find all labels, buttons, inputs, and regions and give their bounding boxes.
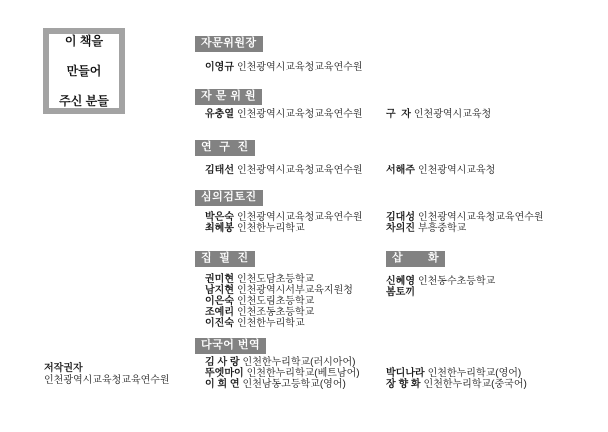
person-name: 박은숙: [205, 212, 234, 223]
copyright-org: 인천광역시교육청교육연수원: [44, 375, 170, 387]
copyright-block: 저작권자 인천광역시교육청교육연수원: [44, 363, 170, 387]
credit-entry: 서해주인천광역시교육청: [386, 165, 495, 176]
credit-entry: 이은숙인천도림초등학교: [205, 296, 353, 307]
title-box-text: 이 책을 만들어 주신 분들: [59, 34, 109, 109]
person-org: 인천조동초등학교: [237, 307, 314, 318]
illustration-entries: 신혜영인천동수초등학교 봄토끼: [386, 276, 495, 298]
credit-entry: 유충열인천광역시교육청교육연수원: [205, 109, 363, 120]
research-team-right: 서해주인천광역시교육청: [386, 165, 495, 176]
credit-entry: 이영규인천광역시교육청교육연수원: [205, 62, 363, 73]
credit-entry: 김태선인천광역시교육청교육연수원: [205, 165, 363, 176]
person-name: 신혜영: [386, 276, 415, 287]
title-line-3: 주신 분들: [59, 94, 109, 108]
section-badge-writing-team: 집 필 진: [195, 251, 255, 267]
person-org: 인천한누리학교(중국어): [424, 379, 527, 390]
advisory-chair-entries: 이영규인천광역시교육청교육연수원: [205, 62, 363, 73]
person-org: 인천동수초등학교: [418, 276, 495, 287]
credit-entry: 조예리인천조동초등학교: [205, 307, 353, 318]
research-team-left: 김태선인천광역시교육청교육연수원: [205, 165, 363, 176]
person-org: 인천광역시교육청교육연수원: [237, 62, 363, 73]
person-org: 부흥중학교: [418, 223, 466, 234]
credit-entry: 봄토끼: [386, 287, 495, 298]
translation-left: 김 사 랑인천한누리학교(러시아어) 뚜엣마이인천한누리학교(베트남어) 이 희…: [205, 357, 360, 390]
credit-entry: 권미현인천도담초등학교: [205, 274, 353, 285]
credit-entry: 남지현인천광역시서부교육지원청: [205, 285, 353, 296]
section-badge-illustration: 삽 화: [386, 251, 445, 267]
person-org: 인천도림초등학교: [237, 296, 314, 307]
credit-entry: 이 희 연인천남동고등학교(영어): [205, 379, 360, 390]
review-team-left: 박은숙인천광역시교육청교육연수원 최혜봉인천한누리학교: [205, 212, 363, 234]
review-team-right: 김대성인천광역시교육청교육연수원 차의진부흥중학교: [386, 212, 544, 234]
person-org: 인천한누리학교: [237, 223, 305, 234]
person-org: 인천한누리학교(러시아어): [243, 357, 356, 368]
person-name: 권미현: [205, 274, 234, 285]
person-org: 인천한누리학교: [237, 318, 305, 329]
person-name: 이 희 연: [205, 379, 240, 390]
title-box: 이 책을 만들어 주신 분들: [43, 28, 125, 114]
writing-team-entries: 권미현인천도담초등학교 남지현인천광역시서부교육지원청 이은숙인천도림초등학교 …: [205, 274, 353, 329]
title-line-2: 만들어: [67, 64, 102, 78]
credit-entry: 김대성인천광역시교육청교육연수원: [386, 212, 544, 223]
section-badge-research-team: 연 구 진: [195, 140, 255, 156]
person-name: 차의진: [386, 223, 415, 234]
person-name: 김 사 랑: [205, 357, 240, 368]
person-org: 인천광역시교육청교육연수원: [237, 109, 363, 120]
person-name: 박디나라: [386, 368, 425, 379]
person-name: 서해주: [386, 165, 415, 176]
person-org: 인천광역시교육청: [414, 109, 491, 120]
credit-entry: 뚜엣마이인천한누리학교(베트남어): [205, 368, 360, 379]
person-org: 인천광역시교육청교육연수원: [237, 165, 363, 176]
credit-entry: 차의진부흥중학교: [386, 223, 544, 234]
person-name: 김대성: [386, 212, 415, 223]
person-name: 김태선: [205, 165, 234, 176]
credit-entry: 신혜영인천동수초등학교: [386, 276, 495, 287]
person-name: 남지현: [205, 285, 234, 296]
advisory-members-right: 구 자인천광역시교육청: [386, 109, 491, 120]
person-org: 인천남동고등학교(영어): [243, 379, 346, 390]
title-line-1: 이 책을: [65, 34, 103, 48]
credit-entry: 박디나라인천한누리학교(영어): [386, 368, 527, 379]
credits-page: 이 책을 만들어 주신 분들 자문위원장 이영규인천광역시교육청교육연수원 자 …: [0, 0, 608, 432]
credit-entry: 이진숙인천한누리학교: [205, 318, 353, 329]
advisory-members-left: 유충열인천광역시교육청교육연수원: [205, 109, 363, 120]
person-org: 인천광역시교육청교육연수원: [237, 212, 363, 223]
person-name: 뚜엣마이: [205, 368, 244, 379]
person-org: 인천광역시교육청: [418, 165, 495, 176]
person-org: 인천광역시교육청교육연수원: [418, 212, 544, 223]
person-name: 최혜봉: [205, 223, 234, 234]
section-badge-advisory-members: 자 문 위 원: [195, 89, 262, 105]
credit-entry: 구 자인천광역시교육청: [386, 109, 491, 120]
credit-entry: 김 사 랑인천한누리학교(러시아어): [205, 357, 360, 368]
credit-entry: 최혜봉인천한누리학교: [205, 223, 363, 234]
person-name: 장 향 화: [386, 379, 421, 390]
person-name: 봄토끼: [386, 287, 415, 298]
person-name: 구 자: [386, 109, 411, 120]
person-name: 이영규: [205, 62, 234, 73]
person-org: 인천한누리학교(영어): [428, 368, 522, 379]
credit-entry: 장 향 화인천한누리학교(중국어): [386, 379, 527, 390]
copyright-label: 저작권자: [44, 363, 170, 375]
section-badge-review-team: 심의검토진: [195, 190, 263, 206]
person-name: 유충열: [205, 109, 234, 120]
person-name: 조예리: [205, 307, 234, 318]
section-badge-advisory-chair: 자문위원장: [195, 36, 263, 52]
person-org: 인천도담초등학교: [237, 274, 314, 285]
section-badge-translation: 다국어 번역: [195, 338, 266, 354]
person-name: 이진숙: [205, 318, 234, 329]
translation-right: 박디나라인천한누리학교(영어) 장 향 화인천한누리학교(중국어): [386, 368, 527, 390]
person-org: 인천광역시서부교육지원청: [237, 285, 353, 296]
person-org: 인천한누리학교(베트남어): [247, 368, 360, 379]
person-name: 이은숙: [205, 296, 234, 307]
credit-entry: 박은숙인천광역시교육청교육연수원: [205, 212, 363, 223]
